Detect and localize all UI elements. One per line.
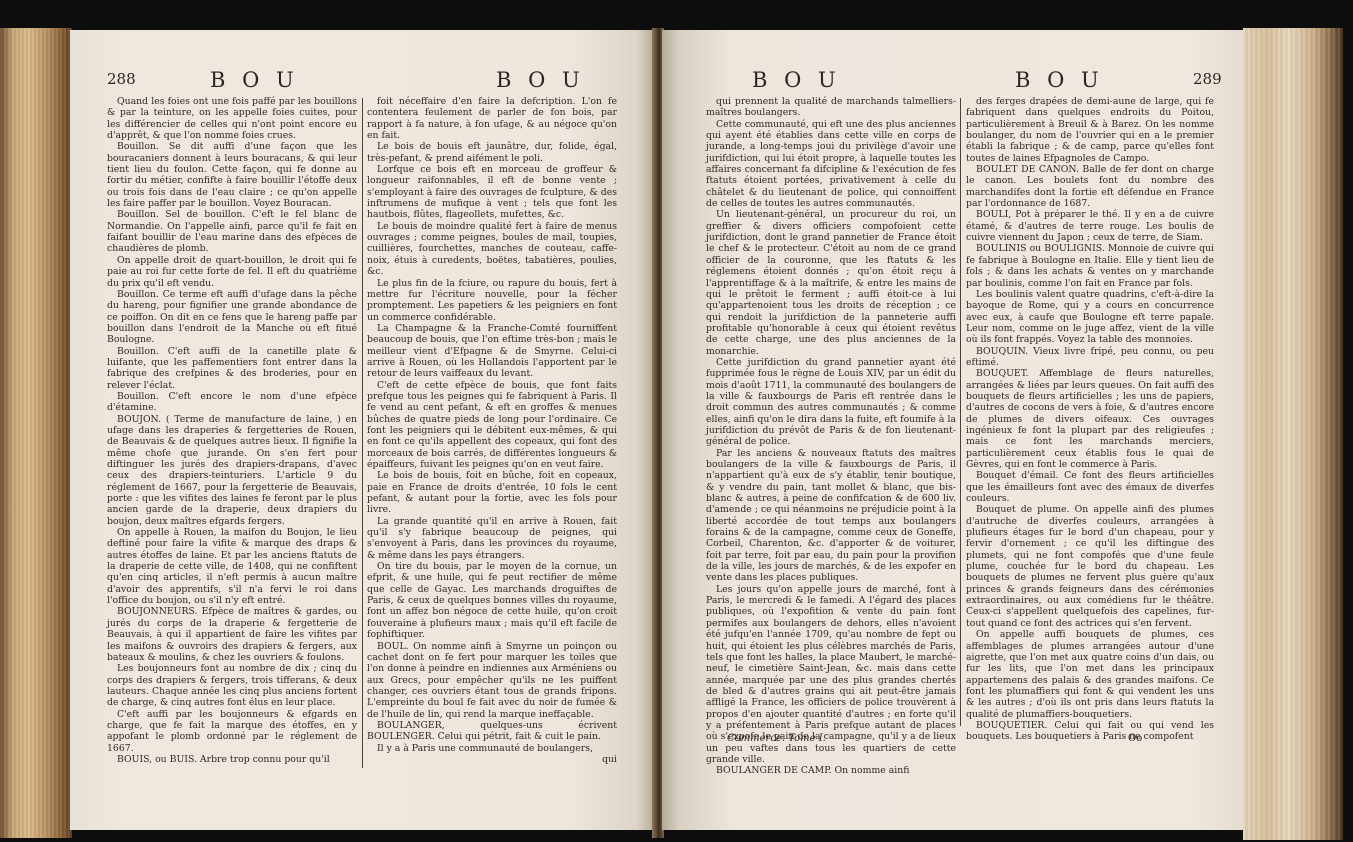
paragraph: BOUQUET. Affemblage de fleurs naturelles… (966, 368, 1214, 470)
paragraph: Le plus fin de la fciure, ou rapure du b… (367, 278, 617, 323)
left-page-column-2: foit néceffaire d'en faire la defcriptio… (367, 96, 617, 765)
paragraph: C'eft de cette efpèce de bouis, que font… (367, 380, 617, 471)
paragraph: Il y a à Paris une communauté de boulang… (367, 743, 617, 754)
book-edge-left (0, 28, 72, 838)
paragraph: BOULET DE CANON. Balle de fer dont on ch… (966, 164, 1214, 209)
book-edge-right (1243, 28, 1343, 840)
paragraph: On appelle auffi bouquets de plumes, ces… (966, 629, 1214, 720)
right-page-column-2: des ferges drapées de demi-aune de large… (966, 96, 1214, 743)
paragraph: qui prennent la qualité de marchands tal… (706, 96, 956, 119)
paragraph: Cette jurifdiction du grand pannetier ay… (706, 357, 956, 448)
paragraph: BOULI, Pot à préparer le thé. Il y en a … (966, 209, 1214, 243)
paragraph: On tire du bouis, par le moyen de la cor… (367, 561, 617, 640)
paragraph: Quand les foies ont une fois paffé par l… (107, 96, 357, 141)
running-head-left-col2: B O U (496, 68, 585, 92)
paragraph: Les boulinis valent quatre quadrins, c'e… (966, 289, 1214, 346)
running-head-right-col1: B O U (752, 68, 841, 92)
paragraph: des ferges drapées de demi-aune de large… (966, 96, 1214, 164)
paragraph: BOUL. On nomme ainfi à Smyrne un poinçon… (367, 641, 617, 720)
paragraph: BOULANGER, quelques-uns écrivent BOULENG… (367, 720, 617, 743)
paragraph: Le bois de bouis, foit en bûche, foit en… (367, 470, 617, 515)
paragraph: BOUJON. ( Terme de manufacture de laine,… (107, 414, 357, 527)
paragraph: Bouillon. C'eft encore le nom d'une efpè… (107, 391, 357, 414)
paragraph: Le bois de bouis eft jaunâtre, dur, foli… (367, 141, 617, 164)
signature-mark: Oo (1128, 733, 1142, 744)
paragraph: BOUJONNEURS. Efpèce de maîtres & gardes,… (107, 606, 357, 663)
paragraph: BOULANGER DE CAMP. On nomme ainfi (706, 765, 956, 776)
paragraph: Bouillon. C'eft auffi de la canetille pl… (107, 346, 357, 391)
paragraph: La grande quantité qu'il en arrive à Rou… (367, 516, 617, 561)
paragraph: Les boujonneurs font au nombre de dix ; … (107, 663, 357, 708)
paragraph: C'eft auffi par les boujonneurs & efgard… (107, 709, 357, 754)
paragraph: Par les anciens & nouveaux ftatuts des m… (706, 448, 956, 584)
paragraph: Bouillon. Ce terme eft auffi d'ufage dan… (107, 289, 357, 346)
paragraph: Bouquet de plume. On appelle ainfi des p… (966, 504, 1214, 629)
paragraph: BOUQUETIER. Celui qui fait ou qui vend l… (966, 720, 1214, 743)
paragraph: foit néceffaire d'en faire la defcriptio… (367, 96, 617, 141)
paragraph: Lorfque ce bois eft en morceau de groffe… (367, 164, 617, 221)
running-head-left-col1: B O U (210, 68, 299, 92)
paragraph: On appelle droit de quart-bouillon, le d… (107, 255, 357, 289)
paragraph: Un lieutenant-général, un procureur du r… (706, 209, 956, 356)
paragraph: Bouquet d'émail. Ce font des fleurs arti… (966, 470, 1214, 504)
paragraph: BOUQUIN. Vieux livre fripé, peu connu, o… (966, 346, 1214, 369)
paragraph: Bouillon. Se dit auffi d'une façon que l… (107, 141, 357, 209)
paragraph: Cette communauté, qui eft une des plus a… (706, 119, 956, 210)
paragraph: La Champagne & la Franche-Comté fourniff… (367, 323, 617, 380)
paragraph: BOUIS, ou BUIS. Arbre trop connu pour qu… (107, 754, 357, 765)
paragraph: Bouillon. Sel de bouillon. C'eft le fel … (107, 209, 357, 254)
column-divider-left-page (362, 98, 363, 768)
paragraph: BOULINIS ou BOULIGNIS. Monnoie de cuivre… (966, 243, 1214, 288)
paragraph: Le bouis de moindre qualité fert à faire… (367, 221, 617, 278)
paragraph: On appelle à Rouen, la maifon du Boujon,… (107, 527, 357, 606)
page-number-right: 289 (1193, 70, 1222, 88)
right-page-column-1: qui prennent la qualité de marchands tal… (706, 96, 956, 777)
page-number-left: 288 (107, 70, 136, 88)
running-head-right-col2: B O U (1015, 68, 1104, 92)
left-page-column-1: Quand les foies ont une fois paffé par l… (107, 96, 357, 765)
column-divider-right-page (960, 98, 961, 726)
volume-signature: Commerce. Tome I. (727, 733, 826, 744)
paragraph: qui (367, 754, 617, 765)
